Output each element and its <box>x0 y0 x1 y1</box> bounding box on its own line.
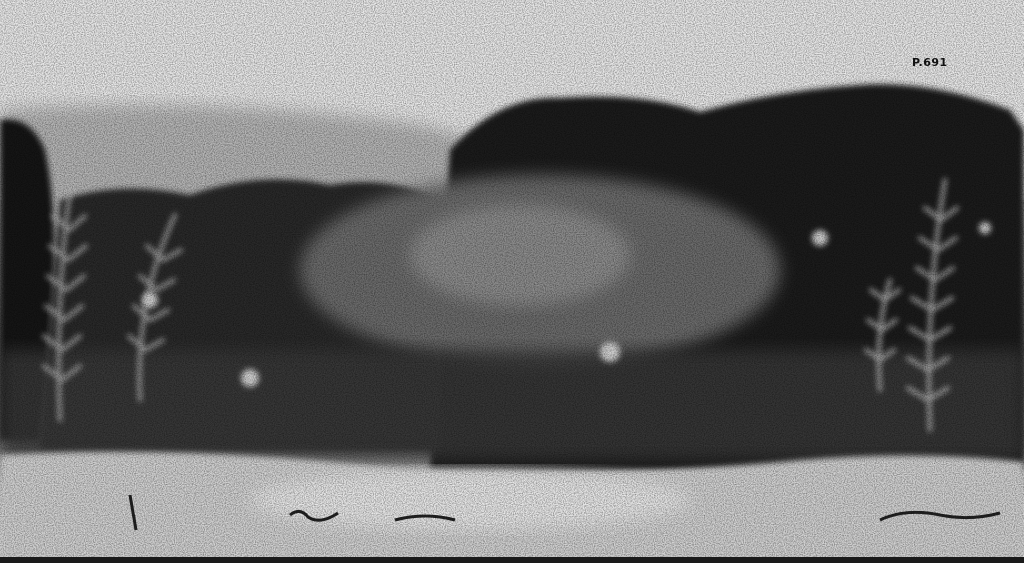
archival-photograph: P.691 <box>0 0 1024 563</box>
photo-bottom-border <box>0 557 1024 563</box>
fresco-scene <box>0 0 1024 563</box>
film-grain <box>0 0 1024 563</box>
reference-mark: P.691 <box>912 56 948 69</box>
